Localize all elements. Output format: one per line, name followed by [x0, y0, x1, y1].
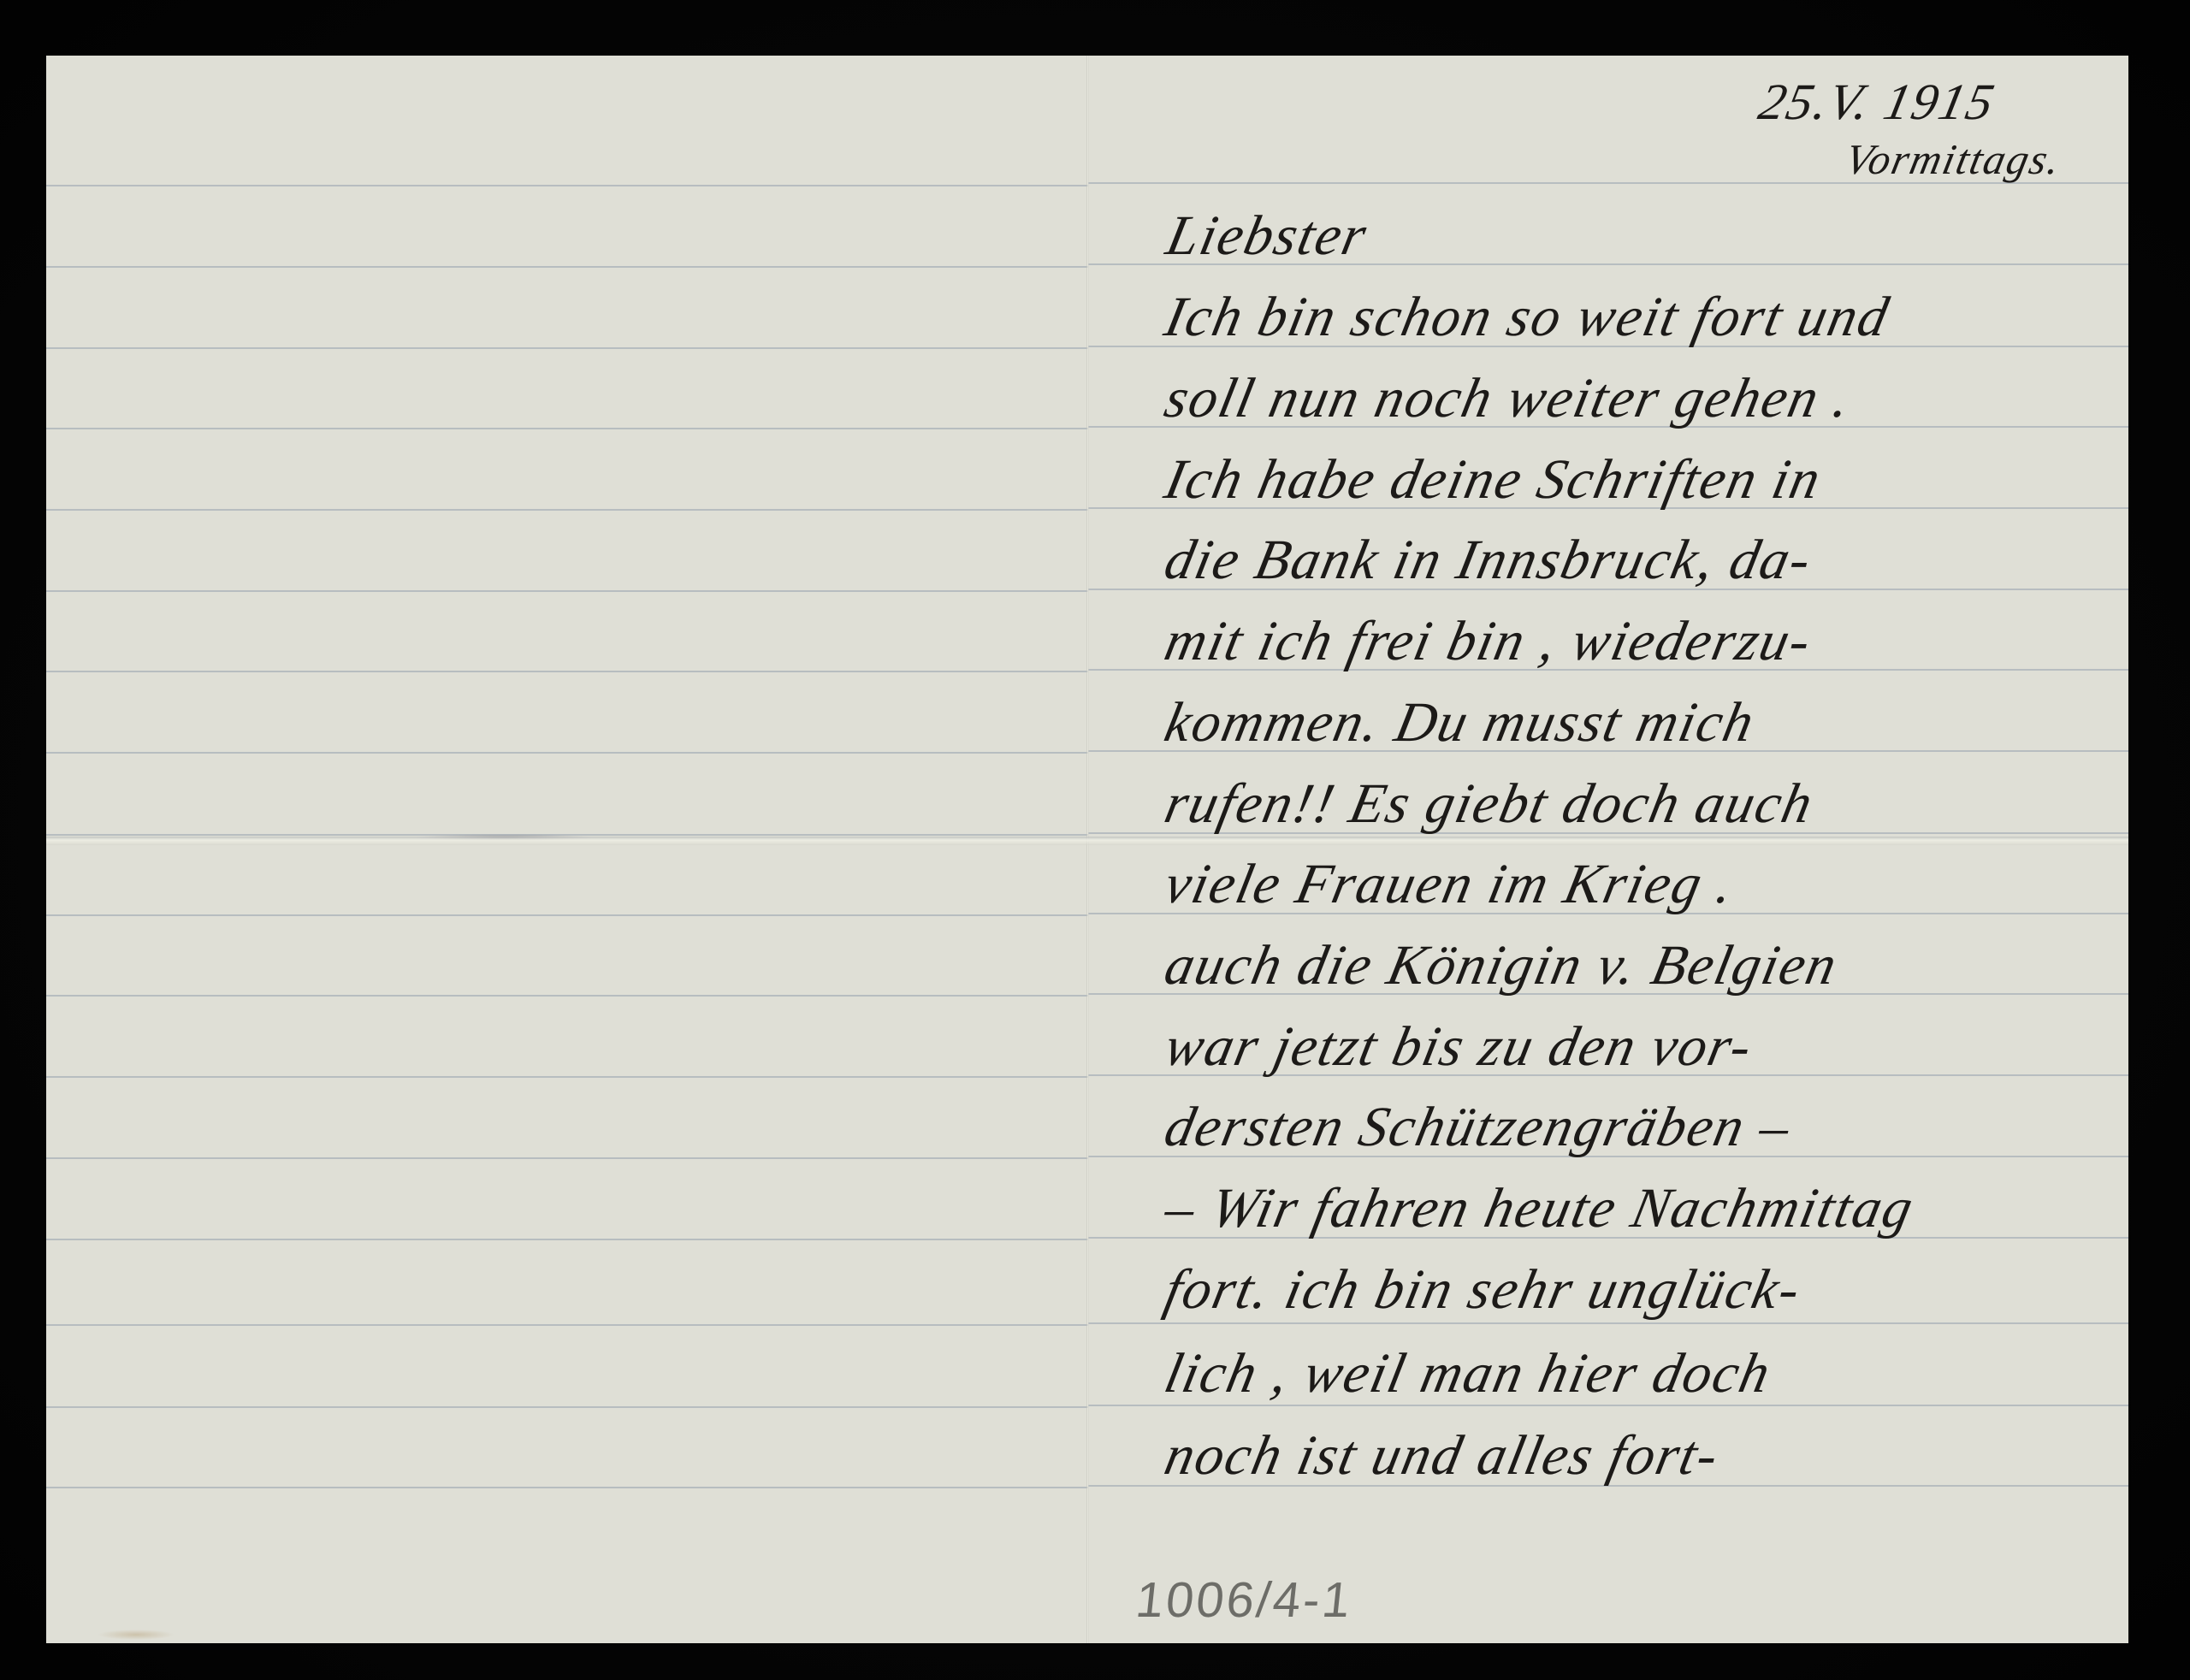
letter-line: lich , weil man hier doch [1160, 1346, 1776, 1402]
letter-line: soll nun noch weiter gehen . [1160, 370, 1856, 427]
ruled-line [46, 185, 1088, 186]
letter-line: Ich bin schon so weit fort und [1160, 289, 1895, 346]
letter-daypart: Vormittags. [1841, 134, 2067, 184]
letter-line: mit ich frei bin , wiederzu- [1160, 613, 1817, 670]
letter-line: rufen!! Es giebt doch auch [1160, 776, 1819, 832]
ruled-line [46, 347, 1088, 349]
ruled-line [46, 1239, 1088, 1240]
letter-line: war jetzt bis zu den vor- [1160, 1019, 1758, 1075]
letter-line: dersten Schützengräben – [1160, 1099, 1796, 1156]
ruled-line [46, 590, 1088, 592]
letter-line: Ich habe deine Schriften in [1160, 452, 1826, 508]
letter-line: viele Frauen im Krieg . [1160, 856, 1740, 913]
ruled-line [46, 266, 1088, 268]
ruled-line [1088, 1405, 2128, 1406]
letter-sheet: 25.V. 1915 Vormittags. Liebster Ich bin … [46, 56, 2128, 1643]
letter-line: noch ist und alles fort- [1160, 1428, 1725, 1484]
ruled-line [46, 1076, 1088, 1078]
left-page [46, 56, 1088, 1643]
right-page: 25.V. 1915 Vormittags. Liebster Ich bin … [1088, 56, 2128, 1643]
ruled-line [46, 509, 1088, 511]
letter-line: kommen. Du musst mich [1160, 695, 1760, 751]
center-fold [1086, 56, 1089, 1643]
letter-line: die Bank in Innsbruck, da- [1160, 532, 1817, 589]
paper-stain [98, 1630, 175, 1640]
letter-date: 25.V. 1915 [1754, 73, 2001, 132]
ruled-line [46, 1487, 1088, 1488]
ruled-line [46, 671, 1088, 672]
letter-line: – Wir fahren heute Nachmittag [1160, 1180, 1919, 1237]
ruled-line [46, 1406, 1088, 1408]
letter-line: auch die Königin v. Belgien [1160, 938, 1843, 994]
ruled-line [1088, 1322, 2128, 1324]
salutation: Liebster [1162, 208, 1372, 264]
horizontal-crease [46, 837, 2128, 845]
archival-number: 1006/4-1 [1133, 1571, 1355, 1629]
scanned-document: 25.V. 1915 Vormittags. Liebster Ich bin … [0, 0, 2190, 1680]
ruled-line [46, 752, 1088, 754]
ruled-line [46, 1157, 1088, 1159]
ruled-line [46, 995, 1088, 997]
ruled-line [46, 914, 1088, 916]
ruled-line [46, 428, 1088, 429]
ruled-line [46, 1324, 1088, 1326]
letter-line: fort. ich bin sehr unglück- [1160, 1262, 1806, 1318]
